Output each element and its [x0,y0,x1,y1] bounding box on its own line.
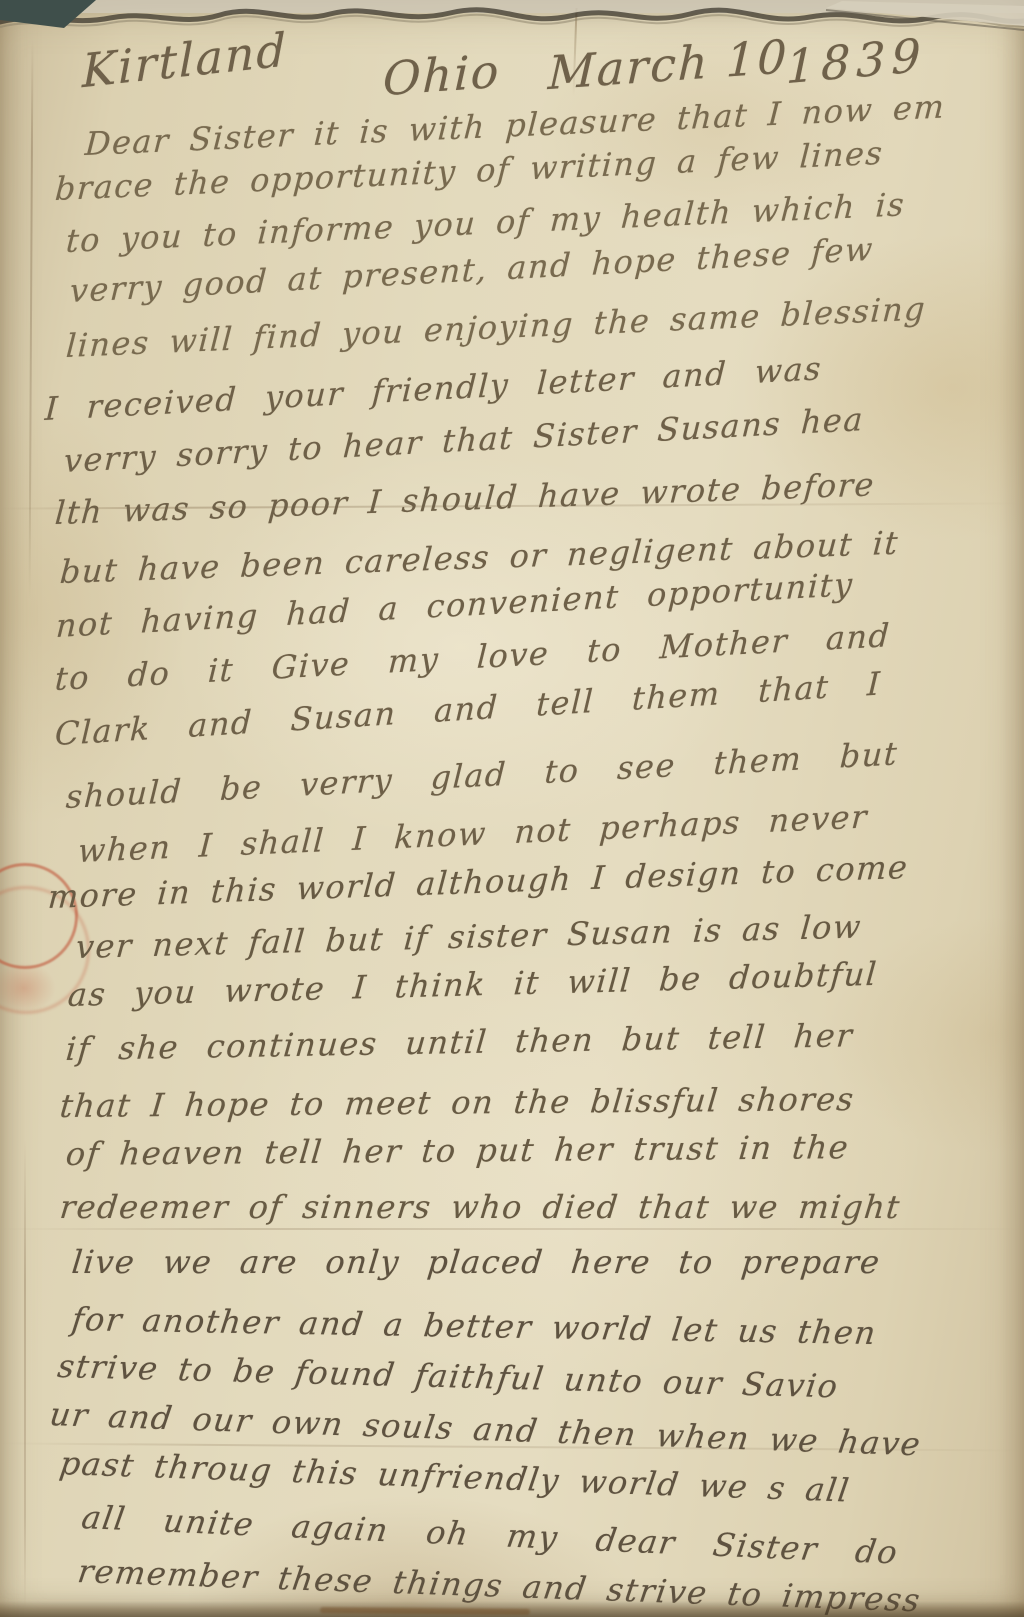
red-stamp-smudge [0,962,56,1014]
letter-line: redeemer of sinners who died that we mig… [58,1188,903,1226]
letter-paper: Kirtland Ohio March 10 1839 Dear Sister … [0,0,1024,1617]
paper-top-edge [0,0,1024,46]
letter-line: for another and a better world let us th… [70,1300,879,1352]
dateline-state: Ohio [382,44,501,106]
letter-line: that I hope to meet on the blissful shor… [58,1080,856,1125]
letter-line: as you wrote I think it will be doubtful [67,955,880,1014]
fold-crease-vertical-top [29,40,34,600]
fold-crease-horizontal-2 [0,1228,1024,1230]
letter-line: of heaven tell her to put her trust in t… [64,1128,851,1173]
fold-crease-vertical-bottom [24,1140,26,1610]
letter-line: live we are only placed here to prepare [70,1243,883,1281]
letter-line: ver next fall but if sister Susan is as … [75,907,864,966]
letter-line: if she continues until then but tell her [64,1016,855,1068]
letter-line: lth was so poor I should have wrote befo… [54,465,877,532]
letter-line: strive to be found faithful unto our Sav… [56,1347,842,1405]
scanned-letter: Kirtland Ohio March 10 1839 Dear Sister … [0,0,1024,1617]
